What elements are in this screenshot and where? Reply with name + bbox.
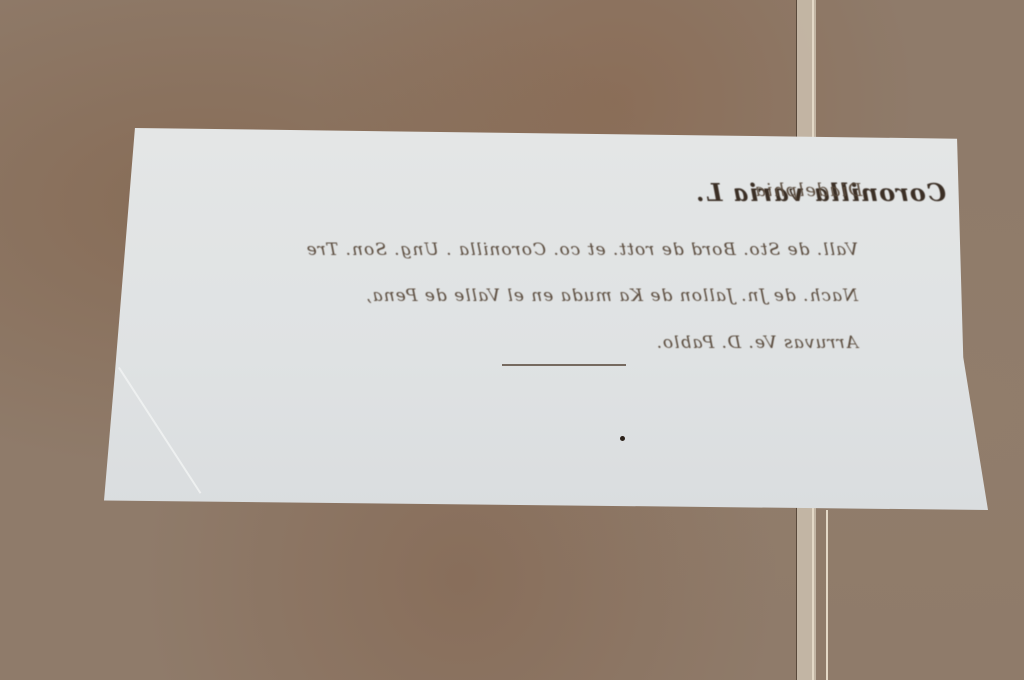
signature-underline — [502, 364, 626, 366]
locality-line-2: Nach. de Jn. Jallon de Ka muda en el Val… — [365, 286, 858, 306]
locality-line-1: Vall. de Sto. Bord de rott. et co. Coron… — [306, 240, 858, 260]
tape-strip-edge-2 — [826, 510, 828, 680]
class-name: Diadelphia — [754, 180, 862, 201]
ink-spot — [620, 436, 625, 441]
mirrored-handwriting: Coronilla varia L. Diadelphia Vall. de S… — [104, 128, 988, 510]
collector-line: Arruvas Ve. D. Pablo. — [656, 333, 858, 353]
